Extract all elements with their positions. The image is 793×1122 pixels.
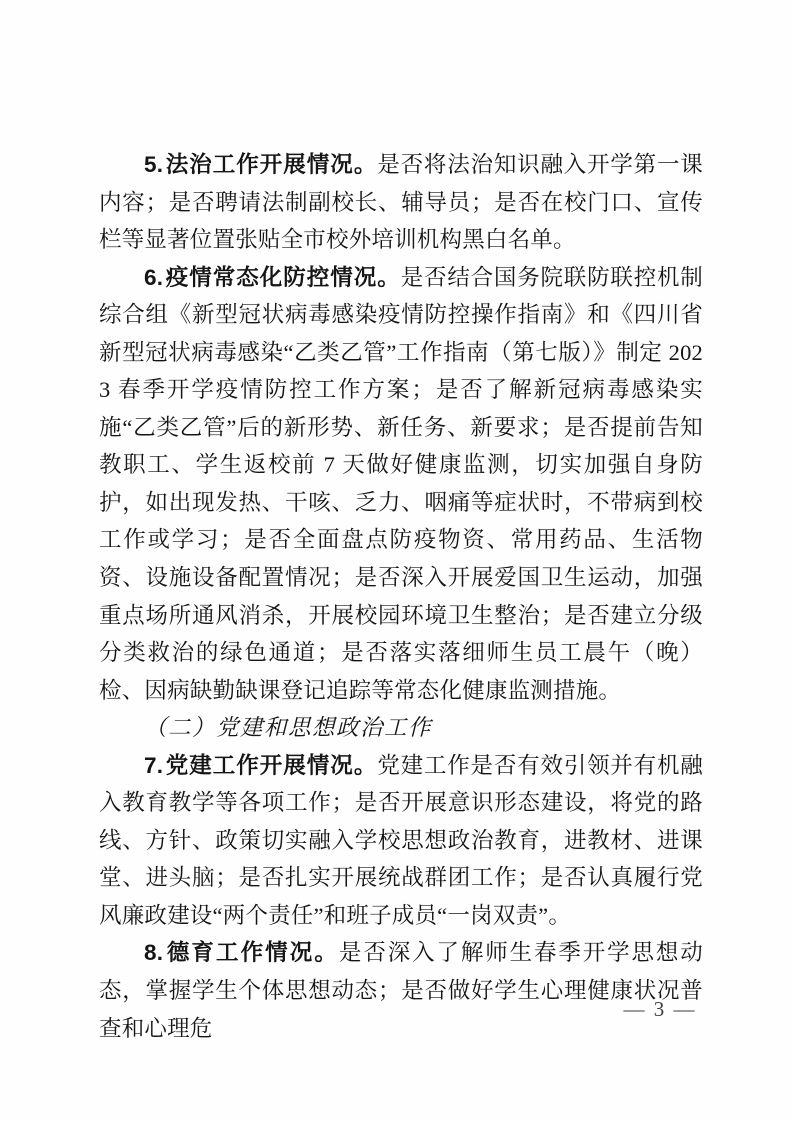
paragraph-text: 党建工作是否有效引领并有机融入教育教学等各项工作；是否开展意识形态建设，将党的路… xyxy=(99,753,703,928)
paragraph-heading: 党建工作开展情况。 xyxy=(165,753,377,778)
page-number: — 3 — xyxy=(600,995,720,1023)
paragraph-number: 8. xyxy=(144,940,163,965)
section-heading: （二）党建和思想政治工作 xyxy=(99,709,703,747)
paragraph-text: 是否结合国务院联防联控机制综合组《新型冠状病毒感染疫情防控操作指南》和《四川省新… xyxy=(99,265,703,703)
paragraph-item-6: 6.疫情常态化防控情况。是否结合国务院联防联控机制综合组《新型冠状病毒感染疫情防… xyxy=(99,259,703,710)
paragraph-heading: 德育工作情况。 xyxy=(165,940,339,965)
paragraph-number: 7. xyxy=(144,753,163,778)
paragraph-number: 5. xyxy=(144,152,163,177)
paragraph-item-8: 8.德育工作情况。是否深入了解师生春季开学思想动态，掌握学生个体思想动态；是否做… xyxy=(99,934,703,1047)
paragraph-item-5: 5.法治工作开展情况。是否将法治知识融入开学第一课内容；是否聘请法制副校长、辅导… xyxy=(99,146,703,259)
document-body: 5.法治工作开展情况。是否将法治知识融入开学第一课内容；是否聘请法制副校长、辅导… xyxy=(99,146,703,1047)
paragraph-heading: 疫情常态化防控情况。 xyxy=(165,265,401,290)
paragraph-item-7: 7.党建工作开展情况。党建工作是否有效引领并有机融入教育教学等各项工作；是否开展… xyxy=(99,747,703,935)
paragraph-number: 6. xyxy=(144,265,163,290)
paragraph-heading: 法治工作开展情况。 xyxy=(165,152,377,177)
document-page: 5.法治工作开展情况。是否将法治知识融入开学第一课内容；是否聘请法制副校长、辅导… xyxy=(0,0,793,1122)
